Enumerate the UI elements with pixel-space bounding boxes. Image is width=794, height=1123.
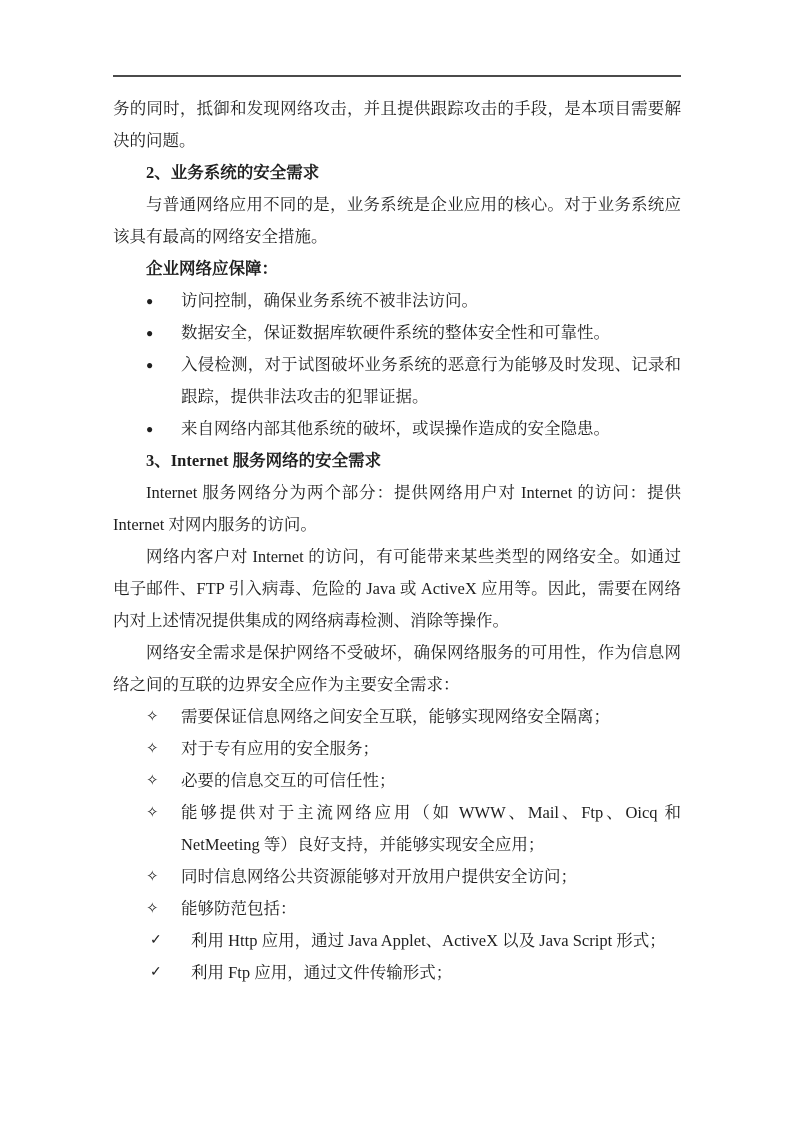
list-item: ✓ 利用 Http 应用，通过 Java Applet、ActiveX 以及 J… [150,925,681,957]
paragraph-carryover: 务的同时，抵御和发现网络攻击，并且提供跟踪攻击的手段，是本项目需要解决的问题。 [113,93,681,157]
list-item-text: 利用 Ftp 应用，通过文件传输形式； [191,957,681,989]
list-item: ✧ 同时信息网络公共资源能够对开放用户提供安全访问； [146,861,681,893]
check-bullet-icon: ✓ [150,957,191,989]
list-item-text: 同时信息网络公共资源能够对开放用户提供安全访问； [181,861,681,893]
diamond-bullet-icon: ✧ [146,893,181,925]
business-bullet-list: ● 访问控制，确保业务系统不被非法访问。 ● 数据安全，保证数据库软硬件系统的整… [113,285,681,445]
check-bullet-icon: ✓ [150,925,191,957]
diamond-bullet-icon: ✧ [146,733,181,765]
disc-bullet-icon: ● [146,317,181,349]
security-requirement-list: ✧ 需要保证信息网络之间安全互联，能够实现网络安全隔离； ✧ 对于专有应用的安全… [113,701,681,925]
heading-business-security: 2、业务系统的安全需求 [113,157,681,189]
paragraph-business-core: 与普通网络应用不同的是，业务系统是企业应用的核心。对于业务系统应该具有最高的网络… [113,189,681,253]
list-item: ✧ 必要的信息交互的可信任性； [146,765,681,797]
list-item: ● 入侵检测，对于试图破坏业务系统的恶意行为能够及时发现、记录和跟踪，提供非法攻… [146,349,681,413]
document-page: 务的同时，抵御和发现网络攻击，并且提供跟踪攻击的手段，是本项目需要解决的问题。 … [0,0,794,1123]
list-item: ✧ 能够防范包括： [146,893,681,925]
heading-internet-security: 3、Internet 服务网络的安全需求 [113,445,681,477]
list-item-text: 能够提供对于主流网络应用（如 WWW、Mail、Ftp、Oicq 和 NetMe… [181,797,681,861]
page-content: 务的同时，抵御和发现网络攻击，并且提供跟踪攻击的手段，是本项目需要解决的问题。 … [113,93,681,989]
disc-bullet-icon: ● [146,285,181,317]
list-item-text: 利用 Http 应用，通过 Java Applet、ActiveX 以及 Jav… [191,925,681,957]
list-item: ✧ 需要保证信息网络之间安全互联，能够实现网络安全隔离； [146,701,681,733]
diamond-bullet-icon: ✧ [146,861,181,893]
paragraph-internet-parts: Internet 服务网络分为两个部分：提供网络用户对 Internet 的访问… [113,477,681,541]
list-item: ● 数据安全，保证数据库软硬件系统的整体安全性和可靠性。 [146,317,681,349]
list-item: ● 访问控制，确保业务系统不被非法访问。 [146,285,681,317]
list-item-text: 来自网络内部其他系统的破坏，或误操作造成的安全隐患。 [181,413,681,445]
list-item-text: 数据安全，保证数据库软硬件系统的整体安全性和可靠性。 [181,317,681,349]
list-item: ✧ 能够提供对于主流网络应用（如 WWW、Mail、Ftp、Oicq 和 Net… [146,797,681,861]
list-item-text: 访问控制，确保业务系统不被非法访问。 [181,285,681,317]
list-item-text: 必要的信息交互的可信任性； [181,765,681,797]
diamond-bullet-icon: ✧ [146,765,181,797]
list-item-text: 对于专有应用的安全服务； [181,733,681,765]
header-rule [113,75,681,77]
threat-method-list: ✓ 利用 Http 应用，通过 Java Applet、ActiveX 以及 J… [113,925,681,989]
list-item-text: 需要保证信息网络之间安全互联，能够实现网络安全隔离； [181,701,681,733]
list-item-text: 能够防范包括： [181,893,681,925]
disc-bullet-icon: ● [146,349,181,381]
list-item-text: 入侵检测，对于试图破坏业务系统的恶意行为能够及时发现、记录和跟踪，提供非法攻击的… [181,349,681,413]
paragraph-internet-risks: 网络内客户对 Internet 的访问，有可能带来某些类型的网络安全。如通过电子… [113,541,681,637]
disc-bullet-icon: ● [146,413,181,445]
paragraph-security-needs: 网络安全需求是保护网络不受破坏，确保网络服务的可用性，作为信息网络之间的互联的边… [113,637,681,701]
label-enterprise-guarantee: 企业网络应保障： [113,253,681,285]
diamond-bullet-icon: ✧ [146,797,181,829]
list-item: ✓ 利用 Ftp 应用，通过文件传输形式； [150,957,681,989]
list-item: ✧ 对于专有应用的安全服务； [146,733,681,765]
diamond-bullet-icon: ✧ [146,701,181,733]
list-item: ● 来自网络内部其他系统的破坏，或误操作造成的安全隐患。 [146,413,681,445]
